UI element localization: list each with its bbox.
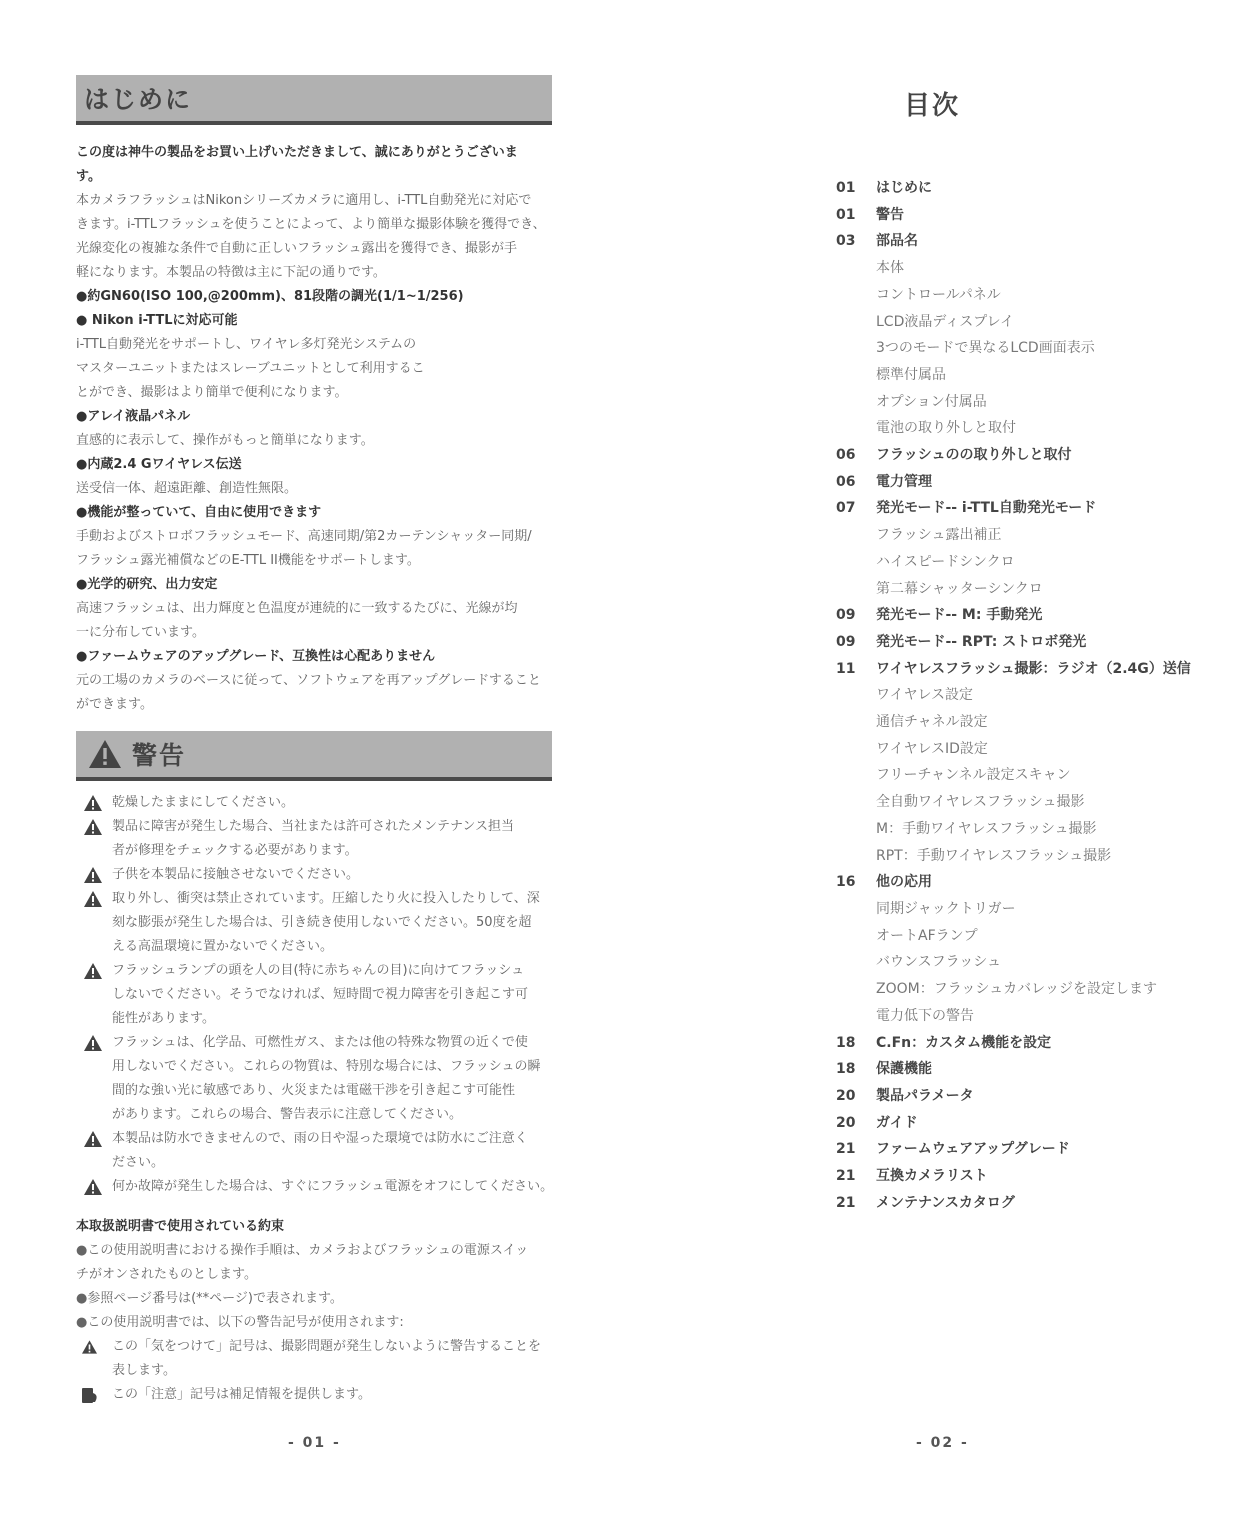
toc-page-number <box>836 896 876 923</box>
toc-page-number <box>836 522 876 549</box>
toc-page-number: 18 <box>836 1030 876 1057</box>
warning-triangle-icon <box>84 819 102 835</box>
toc-page-number: 21 <box>836 1136 876 1163</box>
toc-entry[interactable]: 06フラッシュのの取り外しと取付 <box>836 442 1236 469</box>
warning-triangle-icon <box>84 963 102 979</box>
toc-label: 電力管理 <box>876 469 932 496</box>
toc-entry[interactable]: 18保護機能 <box>836 1056 1236 1083</box>
toc-subentry[interactable]: LCD液晶ディスプレイ <box>836 309 1236 336</box>
caution-symbol-row: この「気をつけて」記号は、撮影問題が発生しないように警告することを 表します。 <box>76 1335 552 1383</box>
conventions-section: 本取扱説明書で使用されている約束 ●この使用説明書における操作手順は、カメラおよ… <box>76 1215 552 1407</box>
toc-label: バウンスフラッシュ <box>876 949 1001 976</box>
toc-page-number <box>836 282 876 309</box>
warning-item: フラッシュランプの頭を人の目(特に赤ちゃんの目)に向けてフラッシュ しないでくだ… <box>76 959 552 1031</box>
warning-title: 警告 <box>132 736 186 772</box>
page-number-right: - 02 - <box>916 1435 969 1451</box>
toc-page-number <box>836 949 876 976</box>
toc-subentry[interactable]: RPT：手動ワイヤレスフラッシュ撮影 <box>836 843 1236 870</box>
intro-lead-line: す。 <box>76 165 552 189</box>
toc-label: ZOOM：フラッシュカバレッジを設定します <box>876 976 1157 1003</box>
toc-label: 全自動ワイヤレスフラッシュ撮影 <box>876 789 1084 816</box>
toc-label: 標準付属品 <box>876 362 946 389</box>
toc-page-number: 09 <box>836 629 876 656</box>
warning-line: 用しないでください。これらの物質は、特別な場合には、フラッシュの瞬 <box>112 1055 552 1079</box>
feature-heading: ●約GN60(ISO 100,@200mm)、81段階の調光(1/1~1/256… <box>76 285 552 309</box>
toc-subentry[interactable]: ハイスピードシンクロ <box>836 549 1236 576</box>
conventions-line: ●参照ページ番号は(**ページ)で表されます。 <box>76 1287 552 1311</box>
feature-line: 手動およびストロボフラッシュモード、高速同期/第2カーテンシャッター同期/ <box>76 525 552 549</box>
warning-line: 取り外し、衝突は禁止されています。圧縮したり火に投入したりして、深 <box>112 887 552 911</box>
toc-entry[interactable]: 09発光モード-- M: 手動発光 <box>836 602 1236 629</box>
feature-line: 直感的に表示して、操作がもっと簡単になります。 <box>76 429 552 453</box>
toc-subentry[interactable]: 電力低下の警告 <box>836 1003 1236 1030</box>
toc-label: フラッシュ露出補正 <box>876 522 1001 549</box>
intro-body-line: 光線変化の複雑な条件で自動に正しいフラッシュ露出を獲得でき、撮影が手 <box>76 237 552 261</box>
toc-entry[interactable]: 01警告 <box>836 202 1236 229</box>
intro-lead-line: この度は神牛の製品をお買い上げいただきまして、誠にありがとうございま <box>76 141 552 165</box>
toc-subentry[interactable]: 電池の取り外しと取付 <box>836 415 1236 442</box>
toc-label: 発光モード-- RPT: ストロボ発光 <box>876 629 1086 656</box>
toc-subentry[interactable]: バウンスフラッシュ <box>836 949 1236 976</box>
toc-subentry[interactable]: フラッシュ露出補正 <box>836 522 1236 549</box>
warning-line: 子供を本製品に接触させないでください。 <box>112 863 552 887</box>
conventions-title: 本取扱説明書で使用されている約束 <box>76 1215 552 1239</box>
table-of-contents: 01はじめに01警告03部品名本体コントロールパネルLCD液晶ディスプレイ3つの… <box>836 175 1236 1216</box>
toc-page-number <box>836 1003 876 1030</box>
toc-label: C.Fn：カスタム機能を設定 <box>876 1030 1051 1057</box>
toc-label: 発光モード-- M: 手動発光 <box>876 602 1042 629</box>
toc-page-number <box>836 389 876 416</box>
toc-page-number <box>836 923 876 950</box>
toc-entry[interactable]: 21ファームウェアアップグレード <box>836 1136 1236 1163</box>
warning-line: しないでください。そうでなければ、短時間で視力障害を引き起こす可 <box>112 983 552 1007</box>
toc-label: フラッシュのの取り外しと取付 <box>876 442 1071 469</box>
warning-line: 乾燥したままにしてください。 <box>112 791 552 815</box>
feature-heading: ●機能が整っていて、自由に使用できます <box>76 501 552 525</box>
warning-line: フラッシュは、化学品、可燃性ガス、または他の特殊な物質の近くで使 <box>112 1031 552 1055</box>
toc-entry[interactable]: 21互換カメラリスト <box>836 1163 1236 1190</box>
toc-subentry[interactable]: 全自動ワイヤレスフラッシュ撮影 <box>836 789 1236 816</box>
toc-entry[interactable]: 18C.Fn：カスタム機能を設定 <box>836 1030 1236 1057</box>
toc-label: 本体 <box>876 255 904 282</box>
toc-page-number: 18 <box>836 1056 876 1083</box>
toc-label: ハイスピードシンクロ <box>876 549 1015 576</box>
warning-triangle-icon <box>84 1179 102 1195</box>
intro-body-line: 本カメラフラッシュはNikonシリーズカメラに適用し、i-TTL自動発光に対応で <box>76 189 552 213</box>
intro-header: はじめに <box>76 75 552 125</box>
intro-body-line: 軽になります。本製品の特徴は主に下記の通りです。 <box>76 261 552 285</box>
toc-page-number <box>836 335 876 362</box>
toc-page-number <box>836 415 876 442</box>
warning-line: があります。これらの場合、警告表示に注意してください。 <box>112 1103 552 1127</box>
toc-page-number: 16 <box>836 869 876 896</box>
toc-label: ワイヤレスID設定 <box>876 736 988 763</box>
feature-heading: ●内蔵2.4 Gワイヤレス伝送 <box>76 453 552 477</box>
feature-line: フラッシュ露光補償などのE-TTL II機能をサポートします。 <box>76 549 552 573</box>
feature-line: 高速フラッシュは、出力輝度と色温度が連続的に一致するたびに、光線が均 <box>76 597 552 621</box>
page-number-left: - 01 - <box>288 1435 341 1451</box>
toc-page-number: 09 <box>836 602 876 629</box>
feature-heading: ●光学的研究、出力安定 <box>76 573 552 597</box>
toc-entry[interactable]: 06電力管理 <box>836 469 1236 496</box>
toc-label: はじめに <box>876 175 932 202</box>
caution-line: 表します。 <box>112 1359 552 1383</box>
warning-triangle-icon <box>84 1035 102 1051</box>
toc-subentry[interactable]: 第二幕シャッターシンクロ <box>836 576 1236 603</box>
caution-line: この「気をつけて」記号は、撮影問題が発生しないように警告することを <box>112 1335 552 1359</box>
warning-line: 何か故障が発生した場合は、すぐにフラッシュ電源をオフにしてください。 <box>112 1175 552 1199</box>
toc-label: 第二幕シャッターシンクロ <box>876 576 1043 603</box>
toc-entry[interactable]: 03部品名 <box>836 228 1236 255</box>
toc-subentry[interactable]: ワイヤレスID設定 <box>836 736 1236 763</box>
toc-label: ワイヤレス設定 <box>876 682 973 709</box>
note-icon <box>82 1388 100 1403</box>
warning-line: ださい。 <box>112 1151 552 1175</box>
feature-line: マスターユニットまたはスレーブユニットとして利用するこ <box>76 357 552 381</box>
intro-body: この度は神牛の製品をお買い上げいただきまして、誠にありがとうございま す。 本カ… <box>76 141 552 717</box>
toc-page-number: 01 <box>836 175 876 202</box>
warning-item: 本製品は防水できませんので、雨の日や湿った環境では防水にご注意く ださい。 <box>76 1127 552 1175</box>
toc-page-number <box>836 976 876 1003</box>
toc-entry[interactable]: 16他の応用 <box>836 869 1236 896</box>
conventions-line: ●この使用説明書における操作手順は、カメラおよびフラッシュの電源スイッ <box>76 1239 552 1263</box>
toc-subentry[interactable]: ワイヤレス設定 <box>836 682 1236 709</box>
note-symbol-row: この「注意」記号は補足情報を提供します。 <box>76 1383 552 1407</box>
toc-subentry[interactable]: 3つのモードで異なるLCD画面表示 <box>836 335 1236 362</box>
toc-label: 発光モード-- i-TTL自動発光モード <box>876 495 1096 522</box>
warning-item: 製品に障害が発生した場合、当社または許可されたメンテナンス担当 者が修理をチェッ… <box>76 815 552 863</box>
toc-subentry[interactable]: 標準付属品 <box>836 362 1236 389</box>
toc-entry[interactable]: 07発光モード-- i-TTL自動発光モード <box>836 495 1236 522</box>
toc-page-number <box>836 309 876 336</box>
toc-entry[interactable]: 09発光モード-- RPT: ストロボ発光 <box>836 629 1236 656</box>
toc-label: 通信チャネル設定 <box>876 709 988 736</box>
toc-entry[interactable]: 21メンテナンスカタログ <box>836 1190 1236 1217</box>
toc-page-number: 01 <box>836 202 876 229</box>
toc-subentry[interactable]: ZOOM：フラッシュカバレッジを設定します <box>836 976 1236 1003</box>
toc-page-number <box>836 816 876 843</box>
toc-title: 目次 <box>904 85 960 122</box>
warning-header: 警告 <box>76 731 552 781</box>
toc-label: ワイヤレスフラッシュ撮影：ラジオ（2.4G）送信 <box>876 656 1191 683</box>
warning-item: 乾燥したままにしてください。 <box>76 791 552 815</box>
warning-line: 刻な膨張が発生した場合は、引き続き使用しないでください。50度を超 <box>112 911 552 935</box>
toc-entry[interactable]: 20製品パラメータ <box>836 1083 1236 1110</box>
intro-body-line: きます。i-TTLフラッシュを使うことによって、より簡単な撮影体験を獲得でき、 <box>76 213 552 237</box>
warning-triangle-icon <box>84 867 102 883</box>
feature-heading: ●ファームウェアのアップグレード、互換性は心配ありません <box>76 645 552 669</box>
warning-item: 取り外し、衝突は禁止されています。圧縮したり火に投入したりして、深 刻な膨張が発… <box>76 887 552 959</box>
warning-item: 子供を本製品に接触させないでください。 <box>76 863 552 887</box>
warning-line: 間的な強い光に敏感であり、火災または電磁干渉を引き起こす可能性 <box>112 1079 552 1103</box>
feature-heading: ●アレイ液晶パネル <box>76 405 552 429</box>
warning-line: フラッシュランプの頭を人の目(特に赤ちゃんの目)に向けてフラッシュ <box>112 959 552 983</box>
toc-label: 製品パラメータ <box>876 1083 974 1110</box>
toc-label: 部品名 <box>876 228 918 255</box>
warning-line: 製品に障害が発生した場合、当社または許可されたメンテナンス担当 <box>112 815 552 839</box>
warning-triangle-icon <box>88 739 122 769</box>
toc-label: M：手動ワイヤレスフラッシュ撮影 <box>876 816 1097 843</box>
toc-label: オートAFランプ <box>876 923 978 950</box>
warning-list: 乾燥したままにしてください。 製品に障害が発生した場合、当社または許可されたメン… <box>76 791 552 1199</box>
toc-subentry[interactable]: コントロールパネル <box>836 282 1236 309</box>
toc-label: ファームウェアアップグレード <box>876 1136 1070 1163</box>
toc-page-number <box>836 709 876 736</box>
feature-line: 一に分布しています。 <box>76 621 552 645</box>
warning-line: 能性があります。 <box>112 1007 552 1031</box>
toc-page-number <box>836 736 876 763</box>
toc-label: 保護機能 <box>876 1056 932 1083</box>
toc-page-number: 21 <box>836 1163 876 1190</box>
warning-line: 本製品は防水できませんので、雨の日や湿った環境では防水にご注意く <box>112 1127 552 1151</box>
toc-page-number: 07 <box>836 495 876 522</box>
toc-label: 電池の取り外しと取付 <box>876 415 1016 442</box>
warning-triangle-icon <box>82 1340 97 1354</box>
toc-label: 他の応用 <box>876 869 932 896</box>
toc-subentry[interactable]: オプション付属品 <box>836 389 1236 416</box>
warning-line: 者が修理をチェックする必要があります。 <box>112 839 552 863</box>
feature-line: 送受信一体、超遠距離、創造性無限。 <box>76 477 552 501</box>
feature-line: 元の工場のカメラのベースに従って、ソフトウェアを再アップグレードすること <box>76 669 552 693</box>
toc-page-number: 21 <box>836 1190 876 1217</box>
conventions-line: チがオンされたものとします。 <box>76 1263 552 1287</box>
toc-page-number <box>836 843 876 870</box>
toc-page-number: 03 <box>836 228 876 255</box>
note-line: この「注意」記号は補足情報を提供します。 <box>112 1383 552 1407</box>
warning-item: フラッシュは、化学品、可燃性ガス、または他の特殊な物質の近くで使 用しないでくだ… <box>76 1031 552 1127</box>
toc-subentry[interactable]: 本体 <box>836 255 1236 282</box>
toc-page-number: 11 <box>836 656 876 683</box>
toc-page-number: 06 <box>836 442 876 469</box>
warning-line: える高温環境に置かないでください。 <box>112 935 552 959</box>
feature-heading: ● Nikon i-TTLに対応可能 <box>76 309 552 333</box>
warning-item: 何か故障が発生した場合は、すぐにフラッシュ電源をオフにしてください。 <box>76 1175 552 1199</box>
toc-entry[interactable]: 01はじめに <box>836 175 1236 202</box>
feature-line: とができ、撮影はより簡単で便利になります。 <box>76 381 552 405</box>
toc-subentry[interactable]: 同期ジャックトリガー <box>836 896 1236 923</box>
toc-label: フリーチャンネル設定スキャン <box>876 762 1071 789</box>
toc-page-number <box>836 682 876 709</box>
toc-page-number: 20 <box>836 1110 876 1137</box>
toc-label: コントロールパネル <box>876 282 1001 309</box>
toc-label: 3つのモードで異なるLCD画面表示 <box>876 335 1095 362</box>
toc-subentry[interactable]: M：手動ワイヤレスフラッシュ撮影 <box>836 816 1236 843</box>
toc-entry[interactable]: 11ワイヤレスフラッシュ撮影：ラジオ（2.4G）送信 <box>836 656 1236 683</box>
toc-page-number <box>836 549 876 576</box>
conventions-line: ●この使用説明書では、以下の警告記号が使用されます: <box>76 1311 552 1335</box>
toc-label: ガイド <box>876 1110 918 1137</box>
toc-page-number: 06 <box>836 469 876 496</box>
toc-label: 同期ジャックトリガー <box>876 896 1016 923</box>
toc-subentry[interactable]: オートAFランプ <box>836 923 1236 950</box>
toc-entry[interactable]: 20ガイド <box>836 1110 1236 1137</box>
toc-page-number: 20 <box>836 1083 876 1110</box>
toc-subentry[interactable]: フリーチャンネル設定スキャン <box>836 762 1236 789</box>
toc-label: 電力低下の警告 <box>876 1003 974 1030</box>
toc-label: LCD液晶ディスプレイ <box>876 309 1014 336</box>
toc-page-number <box>836 362 876 389</box>
toc-page-number <box>836 576 876 603</box>
toc-subentry[interactable]: 通信チャネル設定 <box>836 709 1236 736</box>
warning-triangle-icon <box>84 795 102 811</box>
feature-line: ができます。 <box>76 693 552 717</box>
toc-label: 互換カメラリスト <box>876 1163 988 1190</box>
toc-page-number <box>836 789 876 816</box>
toc-page-number <box>836 762 876 789</box>
toc-label: RPT：手動ワイヤレスフラッシュ撮影 <box>876 843 1111 870</box>
toc-page-number <box>836 255 876 282</box>
feature-line: i-TTL自動発光をサポートし、ワイヤレ多灯発光システムの <box>76 333 552 357</box>
intro-title: はじめに <box>84 80 192 116</box>
toc-label: オプション付属品 <box>876 389 987 416</box>
toc-label: メンテナンスカタログ <box>876 1190 1015 1217</box>
warning-triangle-icon <box>84 1131 102 1147</box>
warning-triangle-icon <box>84 891 102 907</box>
toc-label: 警告 <box>876 202 904 229</box>
